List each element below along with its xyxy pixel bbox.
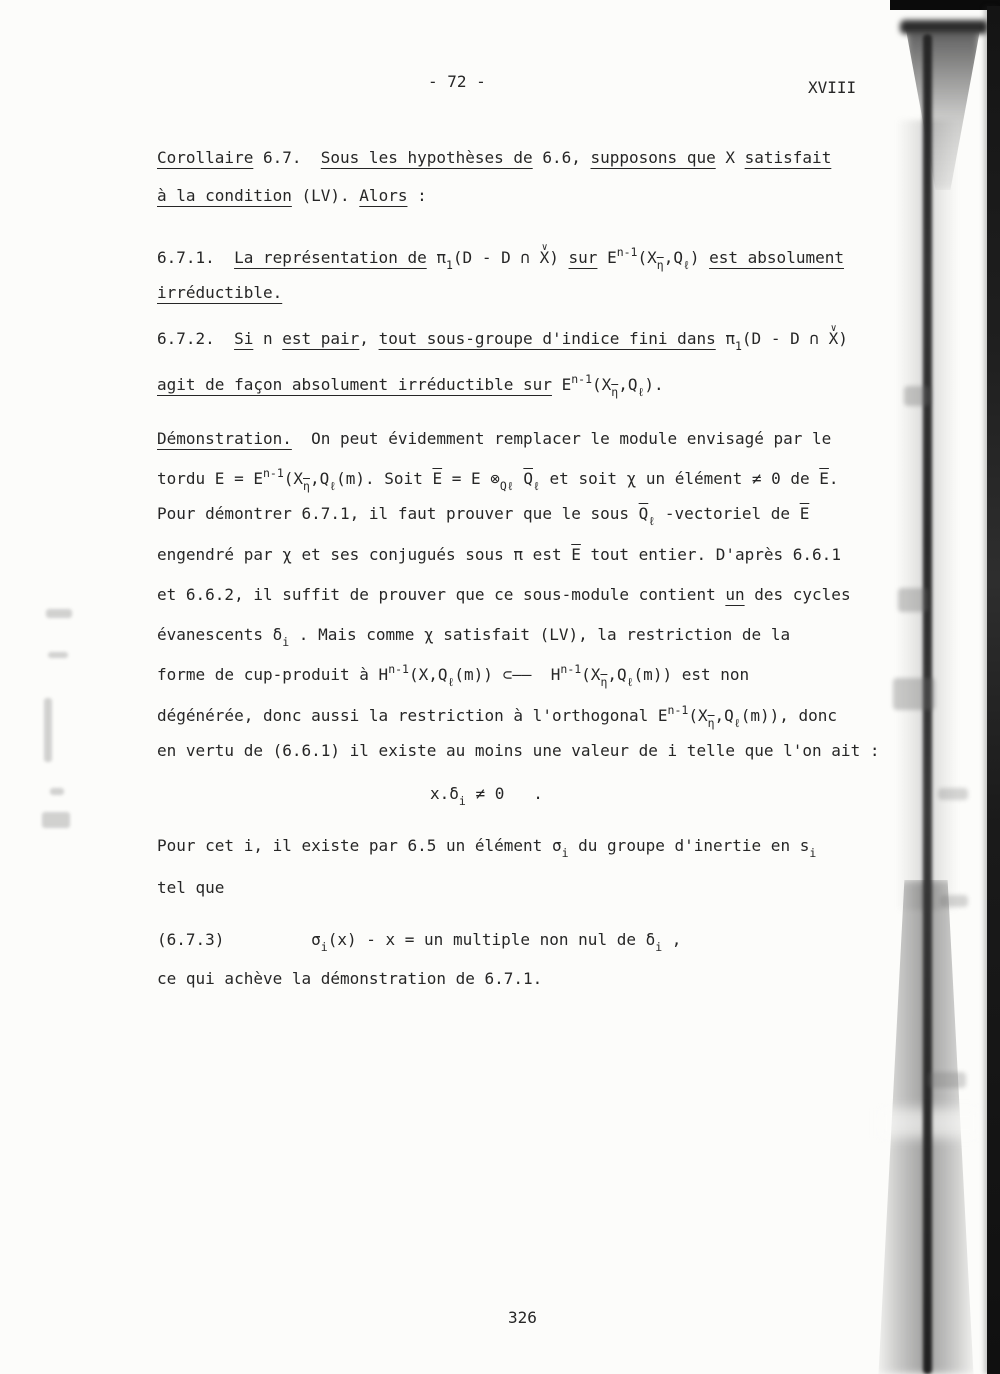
text-segment: i	[321, 940, 328, 954]
text-segment: Sous les hypothèses de	[321, 148, 533, 167]
text-segment: tout entier. D'après 6.6.1	[581, 545, 841, 564]
text-segment: (X	[581, 665, 600, 684]
text-segment: i	[809, 846, 816, 860]
text-segment: n	[253, 329, 282, 348]
text-segment: ⊂——	[503, 665, 532, 684]
text-segment: ℓ	[533, 479, 540, 493]
corollaire-heading-line-2: à la condition (LV). Alors :	[157, 184, 427, 208]
text-segment: X∨	[829, 329, 839, 348]
text-segment: en vertu de (6.6.1) il existe au moins u…	[157, 741, 879, 760]
inertia-line-1: Pour cet i, il existe par 6.5 un élément…	[157, 834, 816, 865]
text-segment: irréductible.	[157, 283, 282, 302]
text-segment: tel que	[157, 878, 224, 897]
page-number-header: - 72 -	[428, 70, 486, 94]
text-segment: (X	[688, 706, 707, 725]
text-segment: (x) - x = un multiple non nul de δ	[328, 930, 656, 949]
text-segment: = E ⊗	[442, 469, 500, 488]
margin-smudge	[48, 652, 68, 658]
text-segment: (X	[592, 375, 611, 394]
text-segment: )	[690, 248, 709, 267]
text-segment: du groupe d'inertie en s	[569, 836, 810, 855]
text-segment: (m). Soit	[336, 469, 432, 488]
margin-smudge	[50, 788, 64, 795]
statement-672-line-2: agit de façon absolument irréductible su…	[157, 367, 664, 404]
text-segment: dégénérée, donc aussi la restriction à l…	[157, 706, 668, 725]
text-segment: Q	[639, 504, 649, 523]
text-segment: ≠ 0 .	[466, 784, 543, 803]
text-segment: ,Q	[715, 706, 734, 725]
text-segment: i	[562, 846, 569, 860]
statement-671-line-1: 6.7.1. La représentation de π1(D - D ∩ X…	[157, 240, 844, 277]
text-segment: -vectoriel de	[655, 504, 800, 523]
page-number-footer: 326	[508, 1306, 537, 1330]
document-page: - 72 - XVIII Corollaire 6.7. Sous les hy…	[0, 0, 1000, 1374]
scan-smudge	[898, 588, 928, 612]
text-segment: n-1	[617, 245, 638, 259]
text-segment: (D - D ∩	[742, 329, 829, 348]
demonstration-line-5: et 6.6.2, il suffit de prouver que ce so…	[157, 583, 851, 607]
text-segment: (X,Q	[409, 665, 448, 684]
text-segment: ,Q	[664, 248, 683, 267]
text-segment: )	[838, 329, 848, 348]
text-segment: (m)), donc	[741, 706, 837, 725]
text-segment: un	[725, 585, 744, 604]
text-segment: n-1	[571, 372, 592, 386]
text-segment: Corollaire	[157, 148, 253, 167]
demonstration-line-4: engendré par χ et ses conjugués sous π e…	[157, 543, 841, 567]
text-segment: π	[716, 329, 735, 348]
text-segment: E	[597, 248, 616, 267]
text-segment: i	[459, 794, 466, 808]
text-segment: agit de façon absolument irréductible su…	[157, 375, 552, 394]
text-segment: Démonstration.	[157, 429, 292, 448]
text-segment: supposons que	[590, 148, 715, 167]
text-segment: (LV).	[292, 186, 359, 205]
text-segment: X∨	[540, 248, 550, 267]
text-segment: x.δ	[430, 784, 459, 803]
demonstration-line-6: évanescents δi . Mais comme χ satisfait …	[157, 623, 790, 654]
text-segment: ,Q	[618, 375, 637, 394]
statement-672-line-1: 6.7.2. Si n est pair, tout sous-groupe d…	[157, 327, 848, 358]
text-segment: )	[549, 248, 568, 267]
text-segment: Q	[523, 469, 533, 488]
inertia-line-2: tel que	[157, 876, 224, 900]
text-segment: (m)) est non	[634, 665, 750, 684]
corollaire-heading-line-1: Corollaire 6.7. Sous les hypothèses de 6…	[157, 146, 831, 170]
text-segment: E	[819, 469, 829, 488]
text-segment: . Mais comme χ satisfait (LV), la restri…	[289, 625, 790, 644]
demonstration-line-8: dégénérée, donc aussi la restriction à l…	[157, 698, 837, 735]
text-segment: Pour cet i, il existe par 6.5 un élément…	[157, 836, 562, 855]
text-segment: π	[427, 248, 446, 267]
text-segment: sur	[569, 248, 598, 267]
text-segment: ℓ	[683, 258, 690, 272]
scan-gutter-light-gap	[878, 1108, 982, 1138]
text-segment: (6.7.3)	[157, 930, 224, 949]
scan-smudge	[893, 678, 935, 710]
scan-smudge	[904, 386, 930, 406]
text-segment	[224, 930, 311, 949]
scan-gutter-funnel	[906, 30, 980, 190]
text-segment: 6.7.1.	[157, 248, 234, 267]
scan-smudge	[928, 1072, 966, 1088]
text-segment: ,	[662, 930, 681, 949]
text-segment: E	[571, 545, 581, 564]
chapter-number: XVIII	[808, 76, 856, 100]
text-segment	[514, 469, 524, 488]
text-segment: 6.7.	[253, 148, 320, 167]
scan-edge-right-strip	[987, 6, 1000, 1374]
scan-smudge	[938, 788, 968, 800]
text-segment: La représentation de	[234, 248, 427, 267]
text-segment: (X	[637, 248, 656, 267]
statement-671-line-2: irréductible.	[157, 281, 282, 305]
demonstration-line-7: forme de cup-produit à Hn-1(X,Qℓ(m)) ⊂——…	[157, 657, 749, 694]
text-segment: 1	[446, 258, 453, 272]
text-segment: On peut évidemment remplacer le module e…	[292, 429, 831, 448]
text-segment: est absolument	[709, 248, 844, 267]
text-segment: tordu E = E	[157, 469, 263, 488]
demonstration-line-1: Démonstration. On peut évidemment rempla…	[157, 427, 831, 451]
check-accent: ∨	[542, 236, 548, 260]
text-segment: η	[657, 258, 664, 272]
scan-gutter-streak	[923, 34, 932, 1374]
scan-edge-top-bar	[890, 0, 1000, 10]
text-segment: η	[303, 479, 310, 493]
conclusion-line: ce qui achève la démonstration de 6.7.1.	[157, 967, 542, 991]
text-segment: et soit χ un élément ≠ 0 de	[540, 469, 819, 488]
text-segment: des cycles	[745, 585, 851, 604]
text-segment: .	[829, 469, 839, 488]
text-segment: n-1	[560, 662, 581, 676]
text-segment: à la condition	[157, 186, 292, 205]
text-segment: E	[432, 469, 442, 488]
text-segment: (D - D ∩	[453, 248, 540, 267]
text-segment: forme de cup-produit à H	[157, 665, 388, 684]
text-segment: ,Q	[607, 665, 626, 684]
text-segment: σ	[311, 930, 321, 949]
demonstration-line-2: tordu E = En-1(Xη,Qℓ(m). Soit E = E ⊗Qℓ …	[157, 461, 839, 498]
text-segment: E	[800, 504, 810, 523]
text-segment: engendré par χ et ses conjugués sous π e…	[157, 545, 571, 564]
equation-673: (6.7.3) σi(x) - x = un multiple non nul …	[157, 928, 681, 959]
text-segment: ,	[359, 329, 378, 348]
scan-gutter-halo	[896, 120, 958, 910]
text-segment: H	[531, 665, 560, 684]
text-segment: 6.7.2.	[157, 329, 234, 348]
text-segment: ℓ	[627, 675, 634, 689]
text-segment: n-1	[388, 662, 409, 676]
text-segment: Si	[234, 329, 253, 348]
text-segment: Pour démontrer 6.7.1, il faut prouver qu…	[157, 504, 639, 523]
text-segment: n-1	[263, 466, 284, 480]
scan-gutter-bottom-smudge	[872, 880, 980, 1374]
check-accent: ∨	[831, 317, 837, 341]
text-segment: ,Q	[310, 469, 329, 488]
text-segment: η	[708, 716, 715, 730]
demonstration-line-9: en vertu de (6.6.1) il existe au moins u…	[157, 739, 879, 763]
text-segment: est pair	[282, 329, 359, 348]
text-segment: E	[552, 375, 571, 394]
text-segment: et 6.6.2, il suffit de prouver que ce so…	[157, 585, 725, 604]
demonstration-line-3: Pour démontrer 6.7.1, il faut prouver qu…	[157, 502, 809, 533]
text-segment: 1	[735, 339, 742, 353]
margin-smudge	[44, 698, 52, 762]
text-segment: X	[716, 148, 745, 167]
margin-smudge	[46, 609, 72, 618]
text-segment: ℓ	[734, 716, 741, 730]
text-segment: évanescents δ	[157, 625, 282, 644]
text-segment: tout sous-groupe d'indice fini dans	[379, 329, 716, 348]
text-segment: ce qui achève la démonstration de 6.7.1.	[157, 969, 542, 988]
text-segment: ).	[644, 375, 663, 394]
text-segment: :	[407, 186, 426, 205]
margin-smudge	[42, 812, 70, 828]
text-segment: satisfait	[745, 148, 832, 167]
text-segment: (X	[284, 469, 303, 488]
scan-smudge	[940, 895, 968, 907]
text-segment: Qℓ	[500, 479, 514, 493]
scan-gutter-funnel-cap	[900, 20, 988, 34]
text-segment: (m))	[454, 665, 502, 684]
text-segment: n-1	[668, 703, 689, 717]
text-segment: Alors	[359, 186, 407, 205]
text-segment: 6.6,	[533, 148, 591, 167]
displayed-equation: x.δi ≠ 0 .	[430, 782, 543, 813]
